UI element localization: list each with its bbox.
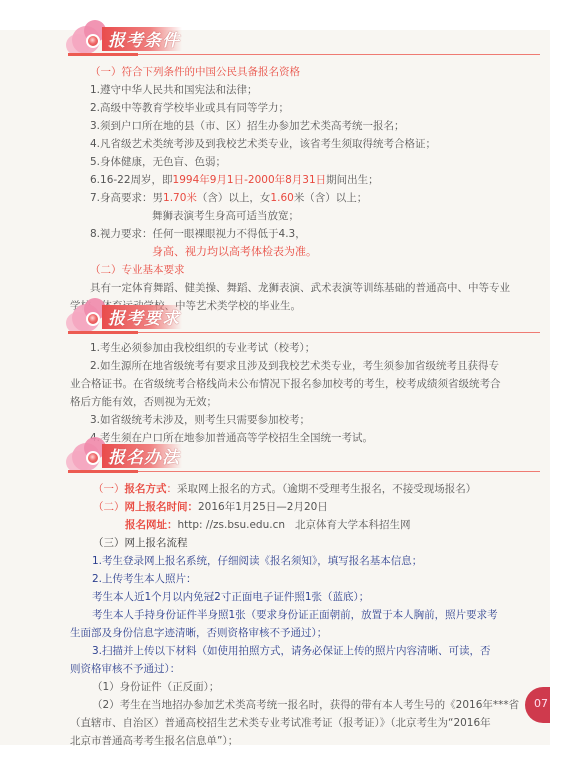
colon: ： (167, 483, 178, 495)
paragraph-line: 3.如省级统考未涉及，则考生只需要参加校考； (90, 411, 310, 429)
section-header-registration: 报名办法 (62, 441, 540, 477)
subheading: （三）网上报名流程 (93, 534, 188, 552)
margin (550, 680, 580, 740)
label: 7.身高要求： (90, 192, 153, 204)
divider (68, 332, 540, 333)
note-highlight: 身高、视力均以高考体检表为准。 (152, 243, 317, 261)
section-title: 报名办法 (108, 443, 180, 468)
list-item: 4.凡省级艺术类统考涉及到我校艺术类专业，该省考生须取得统考合格证； (90, 135, 436, 153)
registration-method: （一）报名方式：采取网上报名的方式。（逾期不受理考生报名，不接受现场报名） (93, 480, 476, 498)
divider (68, 471, 540, 472)
number: （二） (93, 501, 125, 513)
section-header-requirements: 报考要求 (62, 302, 540, 338)
list-item-age: 6.16-22周岁，即1994年9月1日-2000年8月31日期间出生； (90, 171, 379, 189)
divider (68, 54, 540, 55)
flow-step: 2.上传考生本人照片： (92, 570, 197, 588)
paragraph-line: 业合格证书。在省级统考合格线尚未公布情况下报名参加校考的考生，校考成绩须省级统考… (70, 375, 501, 393)
text: （含）以上，女 (197, 192, 271, 204)
list-item: 2.高级中等教育学校毕业或具有同等学力； (90, 99, 289, 117)
registration-website: 报名网址：http: //zs.bsu.edu.cn 北京体育大学本科招生网 (125, 516, 411, 534)
list-item: 5.身体健康，无色盲、色弱； (90, 153, 226, 171)
paragraph-line: 具有一定体育舞蹈、健美操、舞蹈、龙狮表演、武术表演等训练基础的普通高中、中等专业 (90, 279, 510, 297)
divider-accent (68, 53, 138, 56)
paragraph-line: 格后方能有效，否则视为无效； (70, 393, 217, 411)
website-link[interactable]: http: //zs.bsu.edu.cn (178, 519, 286, 531)
flow-step: 则资格审核不予通过）： (70, 660, 180, 678)
divider-accent (68, 470, 138, 473)
label: 报名方式 (125, 483, 167, 495)
list-item-height: 7.身高要求：男1.70米（含）以上，女1.60米（含）以上； (90, 189, 367, 207)
material-item: （直辖市、自治区）普通高校招生艺术类专业考试准考证（报考证）》（北京考生为“20… (70, 714, 491, 732)
list-item: 3.须到户口所在地的县（市、区）招生办参加艺术类高考统一报名； (90, 117, 405, 135)
label: 报名网址： (125, 519, 178, 531)
flow-step: 1.考生登录网上报名系统，仔细阅读《报名须知》，填写报名基本信息； (92, 552, 422, 570)
label: 8.视力要求： (90, 228, 153, 240)
section-title: 报考要求 (108, 304, 180, 329)
list-item: 1.遵守中华人民共和国宪法和法律； (90, 81, 258, 99)
divider-accent (68, 331, 138, 334)
text: 男 (153, 192, 164, 204)
paragraph-line: 2.如生源所在地省级统考有要求且涉及到我校艺术类专业，考生须参加省级统考且获得专 (90, 357, 499, 375)
section-title: 报考条件 (108, 26, 180, 51)
section-header-conditions: 报考条件 (62, 24, 540, 60)
bullet-circle-icon (86, 451, 100, 465)
material-item: （1）身份证件（正反面）； (92, 678, 219, 696)
subheading: （二）专业基本要求 (90, 261, 185, 279)
registration-time: （二）网上报名时间：2016年1月25日—2月20日 (93, 498, 328, 516)
date-range: 2016年1月25日—2月20日 (198, 501, 328, 513)
date-range: 1994年9月1日-2000年8月31日 (173, 174, 327, 186)
text: 米（含）以上； (294, 192, 368, 204)
text: 期间出生； (326, 174, 379, 186)
male-height: 1.70米 (163, 192, 197, 204)
subheading: （一）符合下列条件的中国公民具备报名资格 (90, 63, 300, 81)
label: 网上报名时间： (125, 501, 199, 513)
list-item-vision: 8.视力要求：任何一眼裸眼视力不得低于4.3， (90, 225, 306, 243)
text: 采取网上报名的方式。（逾期不受理考生报名，不接受现场报名） (177, 483, 476, 495)
website-name: 北京体育大学本科招生网 (295, 519, 411, 531)
bullet-circle-icon (86, 34, 100, 48)
flow-step: 生面部及身份信息字迹清晰，否则资格审核不予通过）； (70, 624, 327, 642)
text: 任何一眼裸眼视力不得低于4.3， (153, 228, 306, 240)
page-number: 07 (534, 697, 548, 710)
flow-step: 3.扫描并上传以下材料（如使用拍照方式，请务必保证上传的照片内容清晰、可读，否 (92, 642, 491, 660)
text: 6.16-22周岁，即 (90, 174, 173, 186)
bullet-circle-icon (86, 312, 100, 326)
material-item: （2）考生在当地招办参加艺术类高考统一报名时，获得的带有本人考生号的《2016年… (92, 696, 519, 714)
paragraph-line: 1.考生必须参加由我校组织的专业考试（校考）； (90, 339, 315, 357)
flow-step: 考生本人近1个月以内免冠2寸正面电子证件照1张（蓝底）； (92, 588, 369, 606)
flow-step: 考生本人手持身份证件半身照1张（要求身份证正面朝前，放置于本人胸前，照片要求考 (92, 606, 498, 624)
female-height: 1.60 (270, 192, 293, 204)
note: 舞狮表演考生身高可适当放宽； (152, 207, 299, 225)
number: （一） (93, 483, 125, 495)
material-item: 北京市普通高考考生报名信息单”）； (70, 732, 238, 750)
